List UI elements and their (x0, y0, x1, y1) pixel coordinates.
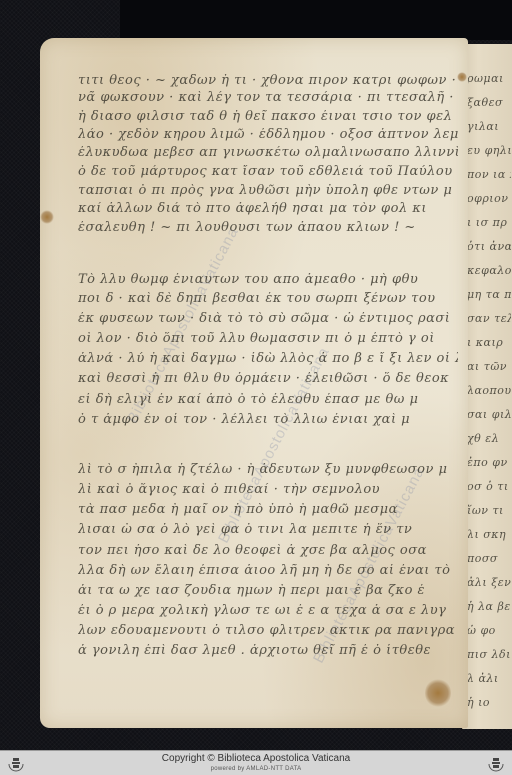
dark-background-top (120, 0, 512, 40)
manuscript-line: λάο · χεδὸν κηρου λιμῶ · ἐδδλημου · οξοσ… (78, 128, 458, 142)
adjacent-leaf-line: γιλαι (467, 120, 511, 134)
adjacent-leaf-line: λ ἀλι (467, 672, 511, 686)
adjacent-leaf-line: ξαθεσ (467, 96, 511, 110)
adjacent-leaf-line: ἀλι ξεν (467, 576, 511, 590)
manuscript-line: ἐκ φυσεων των · διὰ τὸ τὸ σὺ σῶμα · ὦ ἐν… (78, 312, 458, 326)
manuscript-line: νᾶ φωκσουν · καὶ λέγ τον τα τεσσάρια · π… (78, 91, 458, 105)
manuscript-page: BibliotecaApostolicaVaticana BibliotecaA… (40, 38, 468, 728)
adjacent-leaf-line: ποσσ (467, 552, 511, 566)
powered-by-text: powered by AMLAD-NTT DATA (0, 766, 512, 772)
manuscript-line: καὶ θεσσὶ ἡ πι θλυ θυ ὀρμάειν · ἐλειθῶσι… (78, 372, 458, 386)
adjacent-leaf-line: ὁτι ἀναπ (467, 240, 511, 254)
manuscript-line: λων εδουαμενουτι ὁ τιλσο φλιτρεν ακτικ ρ… (78, 624, 458, 638)
adjacent-leaf-line: ευ φηλι (467, 144, 511, 158)
adjacent-leaf-line: πισ λδι (467, 648, 511, 662)
manuscript-line: λὶ καὶ ὁ ἅγιος καὶ ὁ πιθεαί · τὴν σεμνολ… (78, 483, 458, 497)
adjacent-leaf-line: ι καιρ (467, 336, 511, 350)
manuscript-line: ἡ διασο φιλσισ ταδ θ ἡ θεῖ πακσο ἐιναι τ… (78, 110, 458, 124)
adjacent-leaf-line: σαν τελ (467, 312, 511, 326)
manuscript-image-viewer[interactable]: ρωμαιξαθεσγιλαιευ φηλιπον ια προοφριονι … (0, 0, 512, 750)
adjacent-leaf-line: ἡ λα βει (467, 600, 511, 614)
adjacent-leaf: ρωμαιξαθεσγιλαιευ φηλιπον ια προοφριονι … (462, 44, 512, 729)
manuscript-line: καί ἀλλων διά τὸ πτο ἀφελήθ ησαι μα τὸν … (78, 202, 458, 216)
manuscript-line: ὁ τ ἀμφο ἐν οἰ τον · λέλλει τὸ λλιω ἐνια… (78, 413, 458, 427)
manuscript-line: εἰ δὴ ελιγὶ ἐν καί ἀπὸ ὁ τὸ ἐλεοθυ ἐπασ … (78, 393, 458, 407)
manuscript-line: λλα δὴ ων ἔλαιη ἐπισα ἀιοο λῆ μη ἡ δε σο… (78, 564, 458, 578)
manuscript-line: ἀ γονιλη ἐπὶ δασ λμεθ . ἀρχιοτω θεῖ πῆ ἐ… (78, 644, 458, 658)
adjacent-leaf-line: ρωμαι (467, 72, 511, 86)
adjacent-leaf-line: ἐπο φν (467, 456, 511, 470)
copyright-text: Copyright © Biblioteca Apostolica Vatica… (0, 753, 512, 764)
adjacent-leaf-line: αι τῶν (467, 360, 511, 374)
ink-stain (457, 72, 467, 82)
ink-stain (40, 210, 54, 224)
manuscript-line: ποι δ · καὶ δὲ δηπι βεσθαι ἐκ του σωρπι … (78, 292, 458, 306)
manuscript-line: λὶ τὸ σ ἡπιλα ἡ ζτέλω · ἡ ἀδευτων ξυ μυν… (78, 463, 458, 477)
adjacent-leaf-line: κεφαλο (467, 264, 511, 278)
adjacent-leaf-line: ἵων τι (467, 504, 511, 518)
adjacent-leaf-line: ι ισ πρ (467, 216, 511, 230)
manuscript-line: τον πει ἠσο καὶ δε λο θεοφεὶ ἀ χσε βα αλ… (78, 544, 458, 558)
manuscript-line: τιτι θεος · ~ χαδων ἡ τι · χθονα πιρον κ… (78, 74, 458, 88)
adjacent-leaf-line: χθ ελ (467, 432, 511, 446)
adjacent-leaf-line: ἡ ιο (467, 696, 511, 710)
manuscript-line: ὁ δε τοῦ μάρτυρος κατ ἴσαν τοῦ εδθλειά τ… (78, 165, 458, 179)
adjacent-leaf-line: πον ια προ (467, 168, 511, 182)
manuscript-line: λισαι ὡ σα ὁ λὸ γεὶ φα ὁ τινι λα μεπιτε … (78, 523, 458, 537)
adjacent-leaf-line: ὡ φο (467, 624, 511, 638)
adjacent-leaf-line: οφριον (467, 192, 511, 206)
copyright-footer: Copyright © Biblioteca Apostolica Vatica… (0, 750, 512, 775)
ink-stain (425, 678, 451, 708)
adjacent-leaf-line: μη τα πι (467, 288, 511, 302)
adjacent-leaf-line: σαι φιλ (467, 408, 511, 422)
adjacent-leaf-line: οσ ὁ τι (467, 480, 511, 494)
vatican-emblem-icon (486, 754, 506, 774)
manuscript-line: Τὸ λλυ θωμφ ἐνιαυτων του απο ἀμεαθο · μὴ… (78, 273, 458, 287)
manuscript-line: οἱ λον · διὸ ὅπι τοῦ λλυ θωμασσιν πι ὁ μ… (78, 332, 458, 346)
manuscript-line: ἐσαλευθη ! ~ πι λουθουσι των ἀπαου κλιων… (78, 221, 458, 235)
manuscript-line: ἐλυκυδωα μεβεσ απ γινωσκέτω ολμαλινωσαπο… (78, 146, 458, 160)
manuscript-line: ἀι τα ω χε ιασ ζουδια ημων ἡ περι μαι ἐ … (78, 584, 458, 598)
manuscript-line: ἀλνά · λύ ἡ καὶ δαγμω · ἰδὼ λλὸς ἀ πο β … (78, 352, 458, 366)
manuscript-line: ταπσιαι ὁ πι πρὸς γνα λυθῶσι μὴν ὑπολη φ… (78, 184, 458, 198)
manuscript-line: τὰ πασ μεδα ἡ μαῖ ον ἡ πὸ ὑπὸ ἡ μαθῶ μεσ… (78, 503, 458, 517)
adjacent-leaf-line: λαοπου (467, 384, 511, 398)
manuscript-line: ἐι ὁ ρ μερα χολικὴ γλωσ τε ωι ἐ ε α τεχα… (78, 604, 458, 618)
adjacent-leaf-line: λι σκη (467, 528, 511, 542)
